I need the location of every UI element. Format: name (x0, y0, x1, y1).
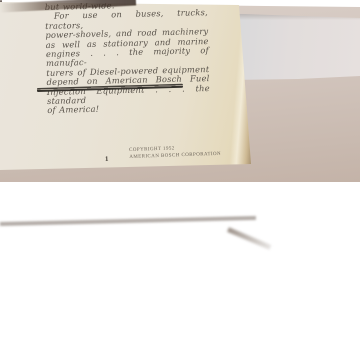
body-text-line: engines . . . the majority of manufac- (46, 46, 209, 69)
booklet-page: but world-wide. For use on buses, trucks… (0, 0, 254, 176)
copyright-line: AMERICAN BOSCH CORPORATION (129, 152, 221, 162)
body-text-line: as well as stationary and marine (46, 37, 209, 50)
body-text-line: turers of Diesel-powered equipment (46, 65, 209, 78)
copyright-notice: COPYRIGHT 1952 AMERICAN BOSCH CORPORATIO… (129, 145, 221, 162)
body-text-line: Injection Equipment . . . the standard (47, 84, 210, 107)
photo-of-booklet-page: but world-wide. For use on buses, trucks… (0, 0, 360, 360)
body-text-line: For use on buses, trucks, tractors, (45, 8, 208, 31)
page-bottom-shadow (0, 216, 256, 226)
page-corner-shadow (227, 227, 271, 250)
copyright-line: COPYRIGHT 1952 (129, 145, 221, 155)
page-number: 1 (105, 156, 109, 163)
body-text-line: depend on American Bosch Fuel (46, 74, 209, 87)
body-text-line: of America! (47, 102, 210, 115)
body-text-block: but world-wide. For use on buses, trucks… (45, 0, 211, 116)
divider-rule (37, 84, 183, 93)
body-text-line: power-shovels, and road machinery (45, 27, 208, 40)
